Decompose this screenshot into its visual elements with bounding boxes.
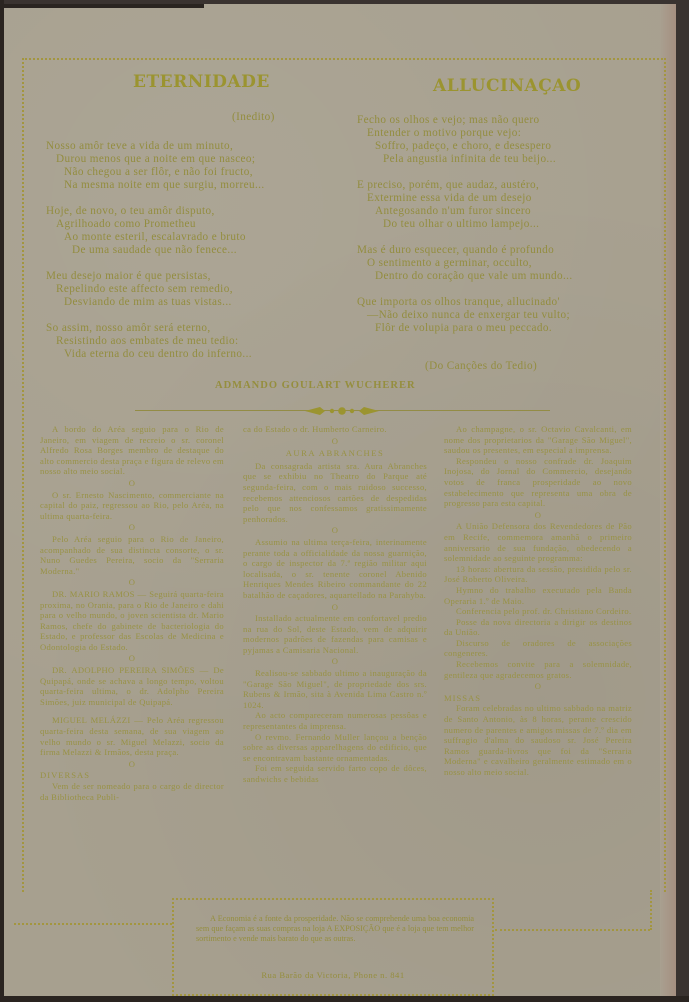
stanza: Que importa os olhos tranque, allucinado… [357, 296, 573, 335]
verse: Extermine essa vida de um desejo [357, 192, 573, 205]
verse: Nosso amôr teve a vida de um minuto, [46, 140, 265, 153]
news-item: Posse da nova directoria a dirigir os de… [444, 617, 632, 638]
news-item: Discurso de oradores de associações cong… [444, 638, 632, 659]
separator-icon: O [444, 681, 632, 692]
stanza: Fecho os olhos e vejo; mas não quero Ent… [357, 114, 573, 166]
poem-allucinacao: Fecho os olhos e vejo; mas não quero Ent… [357, 114, 573, 348]
news-item: A bordo do Aréa seguio para o Rio de Jan… [40, 424, 224, 477]
news-item: Installado actualmente em confortavel pr… [243, 613, 427, 655]
verse: De uma saudade que não fenece... [46, 244, 265, 257]
scan-edge-bottom [0, 996, 689, 1002]
news-item: DR. MARIO RAMOS — Seguirá quarta-feira p… [40, 589, 224, 653]
verse: Antegosando n'um furor sincero [357, 205, 573, 218]
section-heading-diversas: DIVERSAS [40, 770, 224, 781]
ornamental-divider [135, 405, 550, 417]
poem-author: ADMANDO GOULART WUCHERER [215, 380, 416, 391]
separator-icon: O [40, 577, 224, 588]
news-item: Respondeu o nosso confrade dr. Joaquim I… [444, 456, 632, 509]
news-item: Foi em seguida servido farto copo de dôc… [243, 763, 427, 784]
verse: Pela angustia infinita de teu beijo... [357, 153, 573, 166]
verse: So assim, nosso amôr será eterno, [46, 322, 265, 335]
stanza: Hoje, de novo, o teu amôr disputo, Agril… [46, 205, 265, 257]
separator-icon [40, 708, 224, 714]
separator-icon: O [243, 656, 427, 667]
news-item: 13 horas: abertura da sessão, presidida … [444, 564, 632, 585]
stanza: Meu desejo maior é que persistas, Repeli… [46, 270, 265, 309]
section-heading-aura-abranches: AURA ABRANCHES [243, 448, 427, 459]
news-item: ca do Estado o dr. Humberto Carneiro. [243, 424, 427, 435]
verse: Agrilhoado como Prometheu [46, 218, 265, 231]
stanza: Mas é duro esquecer, quando é profundo O… [357, 244, 573, 283]
stanza: So assim, nosso amôr será eterno, Resist… [46, 322, 265, 361]
stanza: E preciso, porém, que audaz, austéro, Ex… [357, 179, 573, 231]
news-column-right: Ao champagne, o sr. Octavio Cavalcanti, … [444, 424, 632, 778]
verse: Ao monte esteril, escalavrado e bruto [46, 231, 265, 244]
separator-icon: O [40, 522, 224, 533]
dotted-frame-right [650, 890, 652, 930]
section-heading-missas: MISSAS [444, 693, 632, 704]
news-item: Foram celebradas no ultimo sabbado na ma… [444, 703, 632, 777]
news-item: Ao acto compareceram numerosas pessôas e… [243, 710, 427, 731]
poem-title-allucinacao: ALLUCINAÇAO [433, 76, 581, 96]
news-column-left: A bordo do Aréa seguio para o Rio de Jan… [40, 424, 224, 802]
fleuron-icon [135, 405, 550, 417]
verse: Meu desejo maior é que persistas, [46, 270, 265, 283]
dotted-frame-bottom-left [14, 923, 172, 925]
verse: Resistindo aos embates de meu tedio: [46, 335, 265, 348]
poem-title-eternidade: ETERNIDADE [133, 72, 270, 92]
verse: Que importa os olhos tranque, allucinado… [357, 296, 573, 309]
dotted-frame-bottom-right [495, 929, 650, 931]
verse: Entender o motivo porque vejo: [357, 127, 573, 140]
separator-icon: O [444, 510, 632, 521]
news-item: A União Defensora dos Revendedores de Pã… [444, 521, 632, 563]
poem-source: (Do Canções do Tedio) [425, 360, 537, 373]
separator-icon: O [40, 478, 224, 489]
verse: Não chegou a ser flôr, e não foi fructo, [46, 166, 265, 179]
advertisement-text: A Economia é a fonte da prosperidade. Nã… [196, 914, 474, 944]
verse: Hoje, de novo, o teu amôr disputo, [46, 205, 265, 218]
news-item: Conferencia pelo prof. dr. Christiano Co… [444, 606, 632, 617]
verse: Dentro do coração que vale um mundo... [357, 270, 573, 283]
verse: Fecho os olhos e vejo; mas não quero [357, 114, 573, 127]
news-item: Realisou-se sabbado ultimo a inauguração… [243, 668, 427, 710]
verse: Vida eterna do ceu dentro do inferno... [46, 348, 265, 361]
news-item: Pelo Aréa seguio para o Rio de Janeiro, … [40, 534, 224, 576]
news-item: Assumio na ultima terça-feira, interinam… [243, 537, 427, 601]
news-item: Hymno do trabalho executado pela Banda O… [444, 585, 632, 606]
news-item: Ao champagne, o sr. Octavio Cavalcanti, … [444, 424, 632, 456]
verse: Durou menos que a noite em que nasceo; [46, 153, 265, 166]
separator-icon: O [40, 759, 224, 770]
verse: —Não deixo nunca de enxergar teu vulto; [357, 309, 573, 322]
poem-subtitle: (Inedito) [232, 111, 275, 124]
verse: Flôr de volupia para o meu peccado. [357, 322, 573, 335]
scan-edge-top [4, 4, 204, 8]
separator-icon: O [243, 602, 427, 613]
verse: Desviando de mim as tuas vistas... [46, 296, 265, 309]
advertisement-address: Rua Barão da Victoria, Phone n. 841 [174, 970, 492, 980]
separator-icon: O [40, 653, 224, 664]
verse: Repelindo este affecto sem remedio, [46, 283, 265, 296]
news-item: Recebemos convite para a solemnidade, ge… [444, 659, 632, 680]
news-item: O sr. Ernesto Nascimento, commerciante n… [40, 490, 224, 522]
news-item: O revmo. Fernando Muller lançou a benção… [243, 732, 427, 764]
advertisement-box: A Economia é a fonte da prosperidade. Nã… [172, 898, 494, 996]
separator-icon: O [243, 436, 427, 447]
news-item: Da consagrada artista sra. Aura Abranche… [243, 461, 427, 525]
verse: Do teu olhar o ultimo lampejo... [357, 218, 573, 231]
separator-icon: O [243, 525, 427, 536]
news-column-middle: ca do Estado o dr. Humberto Carneiro. O … [243, 424, 427, 785]
advertisement-body: A Economia é a fonte da prosperidade. Nã… [196, 914, 474, 944]
news-item: DR. ADOLPHO PEREIRA SIMÕES — De Quipapá,… [40, 665, 224, 707]
verse: O sentimento a germinar, occulto, [357, 257, 573, 270]
news-item: MIGUEL MELÁZZI — Pelo Aréa regressou qua… [40, 715, 224, 757]
poem-eternidade: Nosso amôr teve a vida de um minuto, Dur… [46, 140, 265, 374]
verse: Na mesma noite em que surgiu, morreu... [46, 179, 265, 192]
news-item: Vem de ser nomeado para o cargo de direc… [40, 781, 224, 802]
verse: Mas é duro esquecer, quando é profundo [357, 244, 573, 257]
verse: E preciso, porém, que audaz, austéro, [357, 179, 573, 192]
stanza: Nosso amôr teve a vida de um minuto, Dur… [46, 140, 265, 192]
verse: Soffro, padeço, e choro, e desespero [357, 140, 573, 153]
